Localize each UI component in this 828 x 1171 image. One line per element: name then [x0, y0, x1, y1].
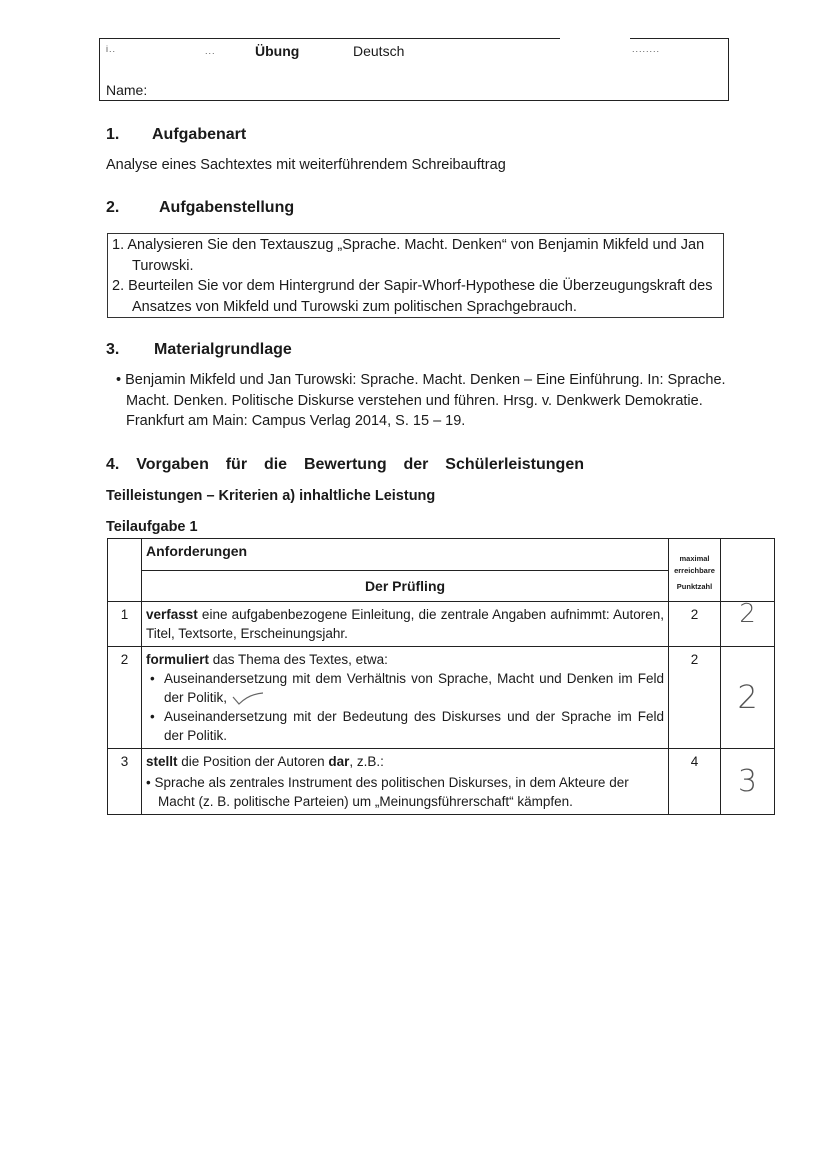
- operator-verb: formuliert: [146, 652, 209, 667]
- section-title: Vorgaben für die Bewertung der Schülerle…: [136, 456, 584, 473]
- requirement-bullets: Auseinandersetzung mit dem Verhältnis vo…: [146, 669, 664, 745]
- task-box: 1. Analysieren Sie den Textauszug „Sprac…: [107, 233, 724, 318]
- material-source-text: • Benjamin Mikfeld und Jan Turowski: Spr…: [106, 370, 726, 432]
- requirement-text: die Position der Autoren: [178, 754, 329, 769]
- criteria-subtitle: Teilleistungen – Kriterien a) inhaltlich…: [106, 488, 435, 504]
- row-score-handwritten: 2: [721, 647, 775, 749]
- header-smudge-mid: ...: [205, 46, 216, 56]
- header-empty-cell: [108, 539, 142, 602]
- table-header-row: Anforderungen maximal erreichbare Punktz…: [108, 539, 775, 571]
- table-row: 1 verfasst eine aufgabenbezogene Einleit…: [108, 602, 775, 647]
- requirement-bullet: Auseinandersetzung mit der Bedeutung des…: [164, 707, 664, 745]
- row-requirement: stellt die Position der Autoren dar, z.B…: [142, 749, 669, 815]
- check-mark-icon: [231, 691, 265, 705]
- exercise-label: Übung: [255, 43, 299, 59]
- max-points-header-line: Punktzahl: [673, 581, 716, 593]
- max-points-header-line: maximal: [673, 553, 716, 565]
- operator-verb-2: dar: [328, 754, 349, 769]
- task-item-2: 2. Beurteilen Sie vor dem Hintergrund de…: [112, 276, 719, 317]
- section-number: 2.: [106, 199, 159, 217]
- name-label: Name:: [106, 82, 147, 98]
- row-max-points: 4: [669, 749, 721, 815]
- subtask-label: Teilaufgabe 1: [106, 519, 198, 535]
- max-points-header: maximal erreichbare Punktzahl: [669, 539, 721, 602]
- header-smudge-right: ........: [632, 44, 660, 54]
- requirement-text: , z.B.:: [349, 754, 384, 769]
- header-smudge-left: i..: [106, 44, 116, 54]
- section-3-heading: 3.Materialgrundlage: [106, 341, 292, 359]
- requirements-header: Anforderungen: [142, 539, 669, 571]
- requirement-bullet: • Sprache als zentrales Instrument des p…: [146, 773, 664, 811]
- section-number: 4.: [106, 456, 119, 473]
- section-1-heading: 1.Aufgabenart: [106, 126, 246, 144]
- section-number: 3.: [106, 341, 154, 359]
- table-row: 3 stellt die Position der Autoren dar, z…: [108, 749, 775, 815]
- rubric-table: Anforderungen maximal erreichbare Punktz…: [107, 538, 775, 815]
- max-points-header-line: erreichbare: [673, 565, 716, 577]
- row-requirement: verfasst eine aufgabenbezogene Einleitun…: [142, 602, 669, 647]
- section-title: Aufgabenart: [152, 126, 246, 143]
- requirement-text: eine aufgabenbezogene Einleitung, die ze…: [146, 607, 664, 641]
- operator-verb: verfasst: [146, 607, 198, 622]
- section-4-heading: 4. Vorgaben für die Bewertung der Schüle…: [106, 456, 584, 474]
- operator-verb: stellt: [146, 754, 178, 769]
- row-score-handwritten: 3: [721, 749, 775, 815]
- row-number: 1: [108, 602, 142, 647]
- header-border-gap: [560, 36, 630, 40]
- row-number: 2: [108, 647, 142, 749]
- requirement-text: das Thema des Textes, etwa:: [209, 652, 388, 667]
- section-number: 1.: [106, 126, 152, 144]
- section-title: Materialgrundlage: [154, 341, 292, 358]
- requirement-bullet: Auseinandersetzung mit dem Verhältnis vo…: [164, 669, 664, 707]
- task-item-1: 1. Analysieren Sie den Textauszug „Sprac…: [112, 235, 719, 276]
- examinee-header: Der Prüfling: [142, 571, 669, 602]
- table-row: 2 formuliert das Thema des Textes, etwa:…: [108, 647, 775, 749]
- section-title: Aufgabenstellung: [159, 199, 294, 216]
- task-type-text: Analyse eines Sachtextes mit weiterführe…: [106, 155, 506, 176]
- section-2-heading: 2.Aufgabenstellung: [106, 199, 294, 217]
- row-score-handwritten: 2: [721, 602, 775, 647]
- subject-label: Deutsch: [353, 43, 404, 59]
- row-requirement: formuliert das Thema des Textes, etwa: A…: [142, 647, 669, 749]
- material-source: • Benjamin Mikfeld und Jan Turowski: Spr…: [106, 370, 726, 432]
- row-number: 3: [108, 749, 142, 815]
- row-max-points: 2: [669, 647, 721, 749]
- row-max-points: 2: [669, 602, 721, 647]
- score-header-empty: [721, 539, 775, 602]
